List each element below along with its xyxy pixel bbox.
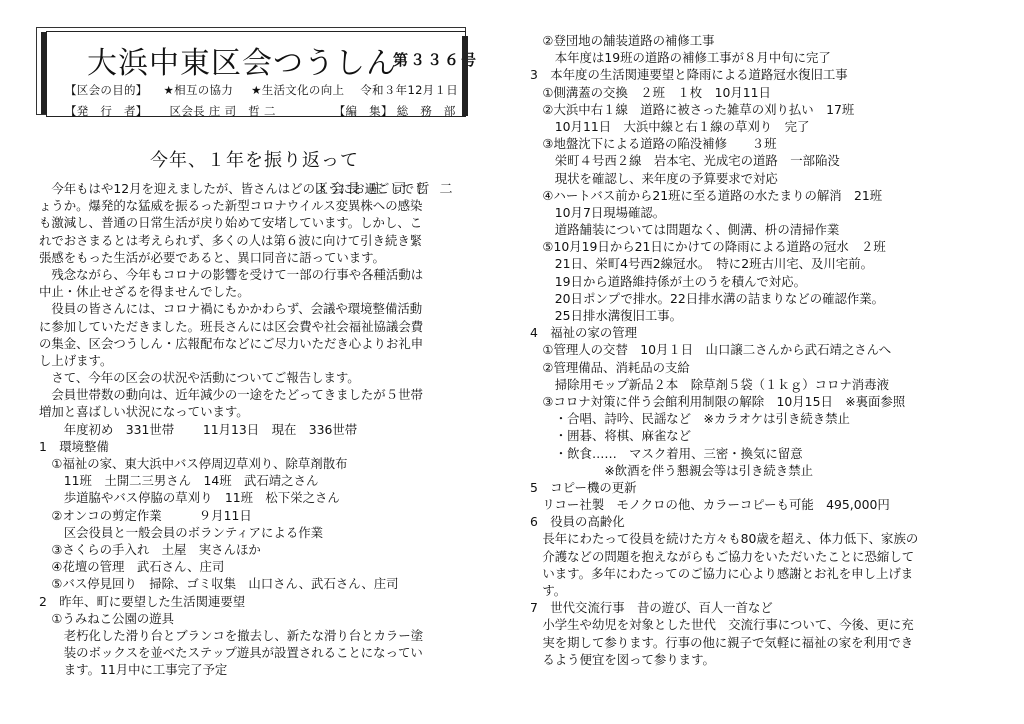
text-line: リコー社製 モノクロの他、カラーコピーも可能 495,000円 [530,496,1000,513]
left-column: 今年もはや12月を迎えましたが、皆さんはどのようにお過ごしでし ょうか。爆発的な… [39,180,499,678]
text-line: 道路舗装については問題なく、側溝、枡の清掃作業 [530,221,1000,238]
section-heading: 1 環境整備 [39,438,499,455]
list-item: ①うみねこ公園の遊具 [39,610,499,627]
list-item: ④花壇の管理 武石さん、庄司 [39,558,499,575]
list-item: ③さくらの手入れ 土屋 実さんほか [39,541,499,558]
text-line: 歩道脇やバス停脇の草刈り 11班 松下栄之さん [39,489,499,506]
masthead: 大浜中東区会つうしん 第３３６号 【区会の目的】 ★相互の協力 ★生活文化の向上… [36,27,468,117]
text-line: 長年にわたって役員を続けた方々も80歳を超え、体力低下、家族の [530,530,1000,547]
purpose-label: 【区会の目的】 [65,82,148,98]
text-line: 栄町４号西２線 岩本宅、光成宅の道路 一部陥没 [530,152,1000,169]
issue-date: 令和３年12月１日 [360,82,458,98]
text-line: 中止・休止せざるを得ませんでした。 [39,283,499,300]
text-line: 老朽化した滑り台とブランコを撤去し、新たな滑り台とカラー塗 [39,627,499,644]
text-line: ょうか。爆発的な猛威を振るった新型コロナウイルス変異株への感染 [39,197,499,214]
bullet-item: ・囲碁、将棋、麻雀など [530,427,1000,444]
list-item: ④ハートバス前から21班に至る道路の水たまりの解消 21班 [530,187,1000,204]
text-line: 張感をもった生活が必要であると、異口同音に語っています。 [39,249,499,266]
text-line: 区会役員と一般会員のボランティアによる作業 [39,524,499,541]
text-line: 25日排水溝復旧工事。 [530,307,1000,324]
text-line: 今年もはや12月を迎えましたが、皆さんはどのようにお過ごしでし [39,180,499,197]
list-item: ②登団地の舗装道路の補修工事 [530,32,1000,49]
text-line: 実を期して参ります。行事の他に親子で気軽に福祉の家を利用でき [530,634,1000,651]
purpose-item-1: ★相互の協力 [164,82,234,98]
note-line: ※飲酒を伴う懇親会等は引き続き禁止 [530,462,1000,479]
section-heading: 5 コピー機の更新 [530,479,1000,496]
text-line: 小学生や幼児を対象とした世代 交流行事について、今後、更に充 [530,616,1000,633]
masthead-publisher-row: 【発 行 者】 区会長 庄 司 哲 二 【編 集】 総 務 部 [65,103,456,119]
text-line: 21日、栄町4号西2線冠水。 特に2班古川宅、及川宅前。 [530,255,1000,272]
text-line: 役員の皆さんには、コロナ禍にもかかわらず、会議や環境整備活動 [39,300,499,317]
text-line: 10月7日現場確認。 [530,204,1000,221]
text-line: 現状を確認し、来年度の予算要求で対応 [530,170,1000,187]
text-line: れでおさまるとは考えられず、多くの人は第６波に向けて引き続き緊 [39,232,499,249]
text-line: 装のボックスを並べたステップ遊具が設置されることになってい [39,644,499,661]
newsletter-page: 大浜中東区会つうしん 第３３６号 【区会の目的】 ★相互の協力 ★生活文化の向上… [0,0,1024,724]
text-line: 10月11日 大浜中線と右１線の草刈り 完了 [530,118,1000,135]
editor-name: 総 務 部 [397,103,456,119]
text-line: ます。11月中に工事完了予定 [39,661,499,678]
text-line: に参加していただきました。班長さんには区会費や社会福祉協議会費 [39,318,499,335]
list-item: ②管理備品、消耗品の支給 [530,359,1000,376]
list-item: ①福祉の家、東大浜中バス停周辺草刈り、除草剤散布 [39,455,499,472]
text-line: も激減し、普通の日常生活が戻り始めて安堵しています。しかし、こ [39,214,499,231]
list-item: ①管理人の交替 10月１日 山口譲二さんから武石靖之さんへ [530,341,1000,358]
text-line: 11班 土開二三男さん 14班 武石靖之さん [39,472,499,489]
list-item: ①側溝蓋の交換 ２班 １枚 10月11日 [530,84,1000,101]
masthead-title: 大浜中東区会つうしん [87,38,397,82]
section-heading: 4 福祉の家の管理 [530,324,1000,341]
masthead-purpose-row: 【区会の目的】 ★相互の協力 ★生活文化の向上 令和３年12月１日 [65,82,458,98]
publisher-name: 区会長 庄 司 哲 二 [170,103,276,119]
list-item: ②オンコの剪定作業 ９月11日 [39,507,499,524]
text-line: 掃除用モップ新品２本 除草剤５袋（１ｋｇ）コロナ消毒液 [530,376,1000,393]
text-line: 増加と喜ばしい状況になっています。 [39,403,499,420]
household-count-line: 年度初め 331世帯 11月13日 現在 336世帯 [39,421,499,438]
bullet-item: ・合唱、詩吟、民謡など ※カラオケは引き続き禁止 [530,410,1000,427]
text-line: 本年度は19班の道路の補修工事が８月中旬に完了 [530,49,1000,66]
text-line: 会員世帯数の動向は、近年減少の一途をたどってきましたが５世帯 [39,386,499,403]
text-line: の集金、区会つうしん・広報配布などにご尽力いただき心よりお礼申 [39,335,499,352]
text-line: 介護などの問題を抱えながらもご協力をいただいたことに恐縮して [530,548,1000,565]
text-line: 20日ポンプで排水。22日排水溝の詰まりなどの確認作業。 [530,290,1000,307]
bullet-item: ・飲食…… マスク着用、三密・換気に留意 [530,445,1000,462]
list-item: ③地盤沈下による道路の陥没補修 ３班 [530,135,1000,152]
text-line: す。 [530,582,1000,599]
section-heading: 6 役員の高齢化 [530,513,1000,530]
section-heading: 7 世代交流行事 昔の遊び、百人一首など [530,599,1000,616]
section-heading: 3 本年度の生活関連要望と降雨による道路冠水復旧工事 [530,66,1000,83]
publisher-label: 【発 行 者】 [65,103,148,119]
text-line: し上げます。 [39,352,499,369]
text-line: るよう便宜を図って参ります。 [530,651,1000,668]
masthead-inner-frame: 大浜中東区会つうしん 第３３６号 【区会の目的】 ★相互の協力 ★生活文化の向上… [46,31,466,117]
list-item: ⑤10月19日から21日にかけての降雨による道路の冠水 ２班 [530,238,1000,255]
list-item: ③コロナ対策に伴う会館利用制限の解除 10月15日 ※裏面参照 [530,393,1000,410]
purpose-item-2: ★生活文化の向上 [251,82,344,98]
section-heading: 2 昨年、町に要望した生活関連要望 [39,593,499,610]
masthead-right-bar [462,36,468,116]
right-column: ②登団地の舗装道路の補修工事 本年度は19班の道路の補修工事が８月中旬に完了 3… [530,32,1000,668]
list-item: ⑤バス停見回り 掃除、ゴミ収集 山口さん、武石さん、庄司 [39,575,499,592]
editor-label: 【編 集】 [334,103,393,119]
text-line: 残念ながら、今年もコロナの影響を受けて一部の行事や各種活動は [39,266,499,283]
article-title: 今年、１年を振り返って [150,146,359,172]
list-item: ②大浜中右１線 道路に被さった雑草の刈り払い 17班 [530,101,1000,118]
text-line: 19日から道路維持係が土のうを積んで対応。 [530,273,1000,290]
text-line: います。多年にわたってのご協力に心より感謝とお礼を申し上げま [530,565,1000,582]
text-line: さて、今年の区会の状況や活動についてご報告します。 [39,369,499,386]
